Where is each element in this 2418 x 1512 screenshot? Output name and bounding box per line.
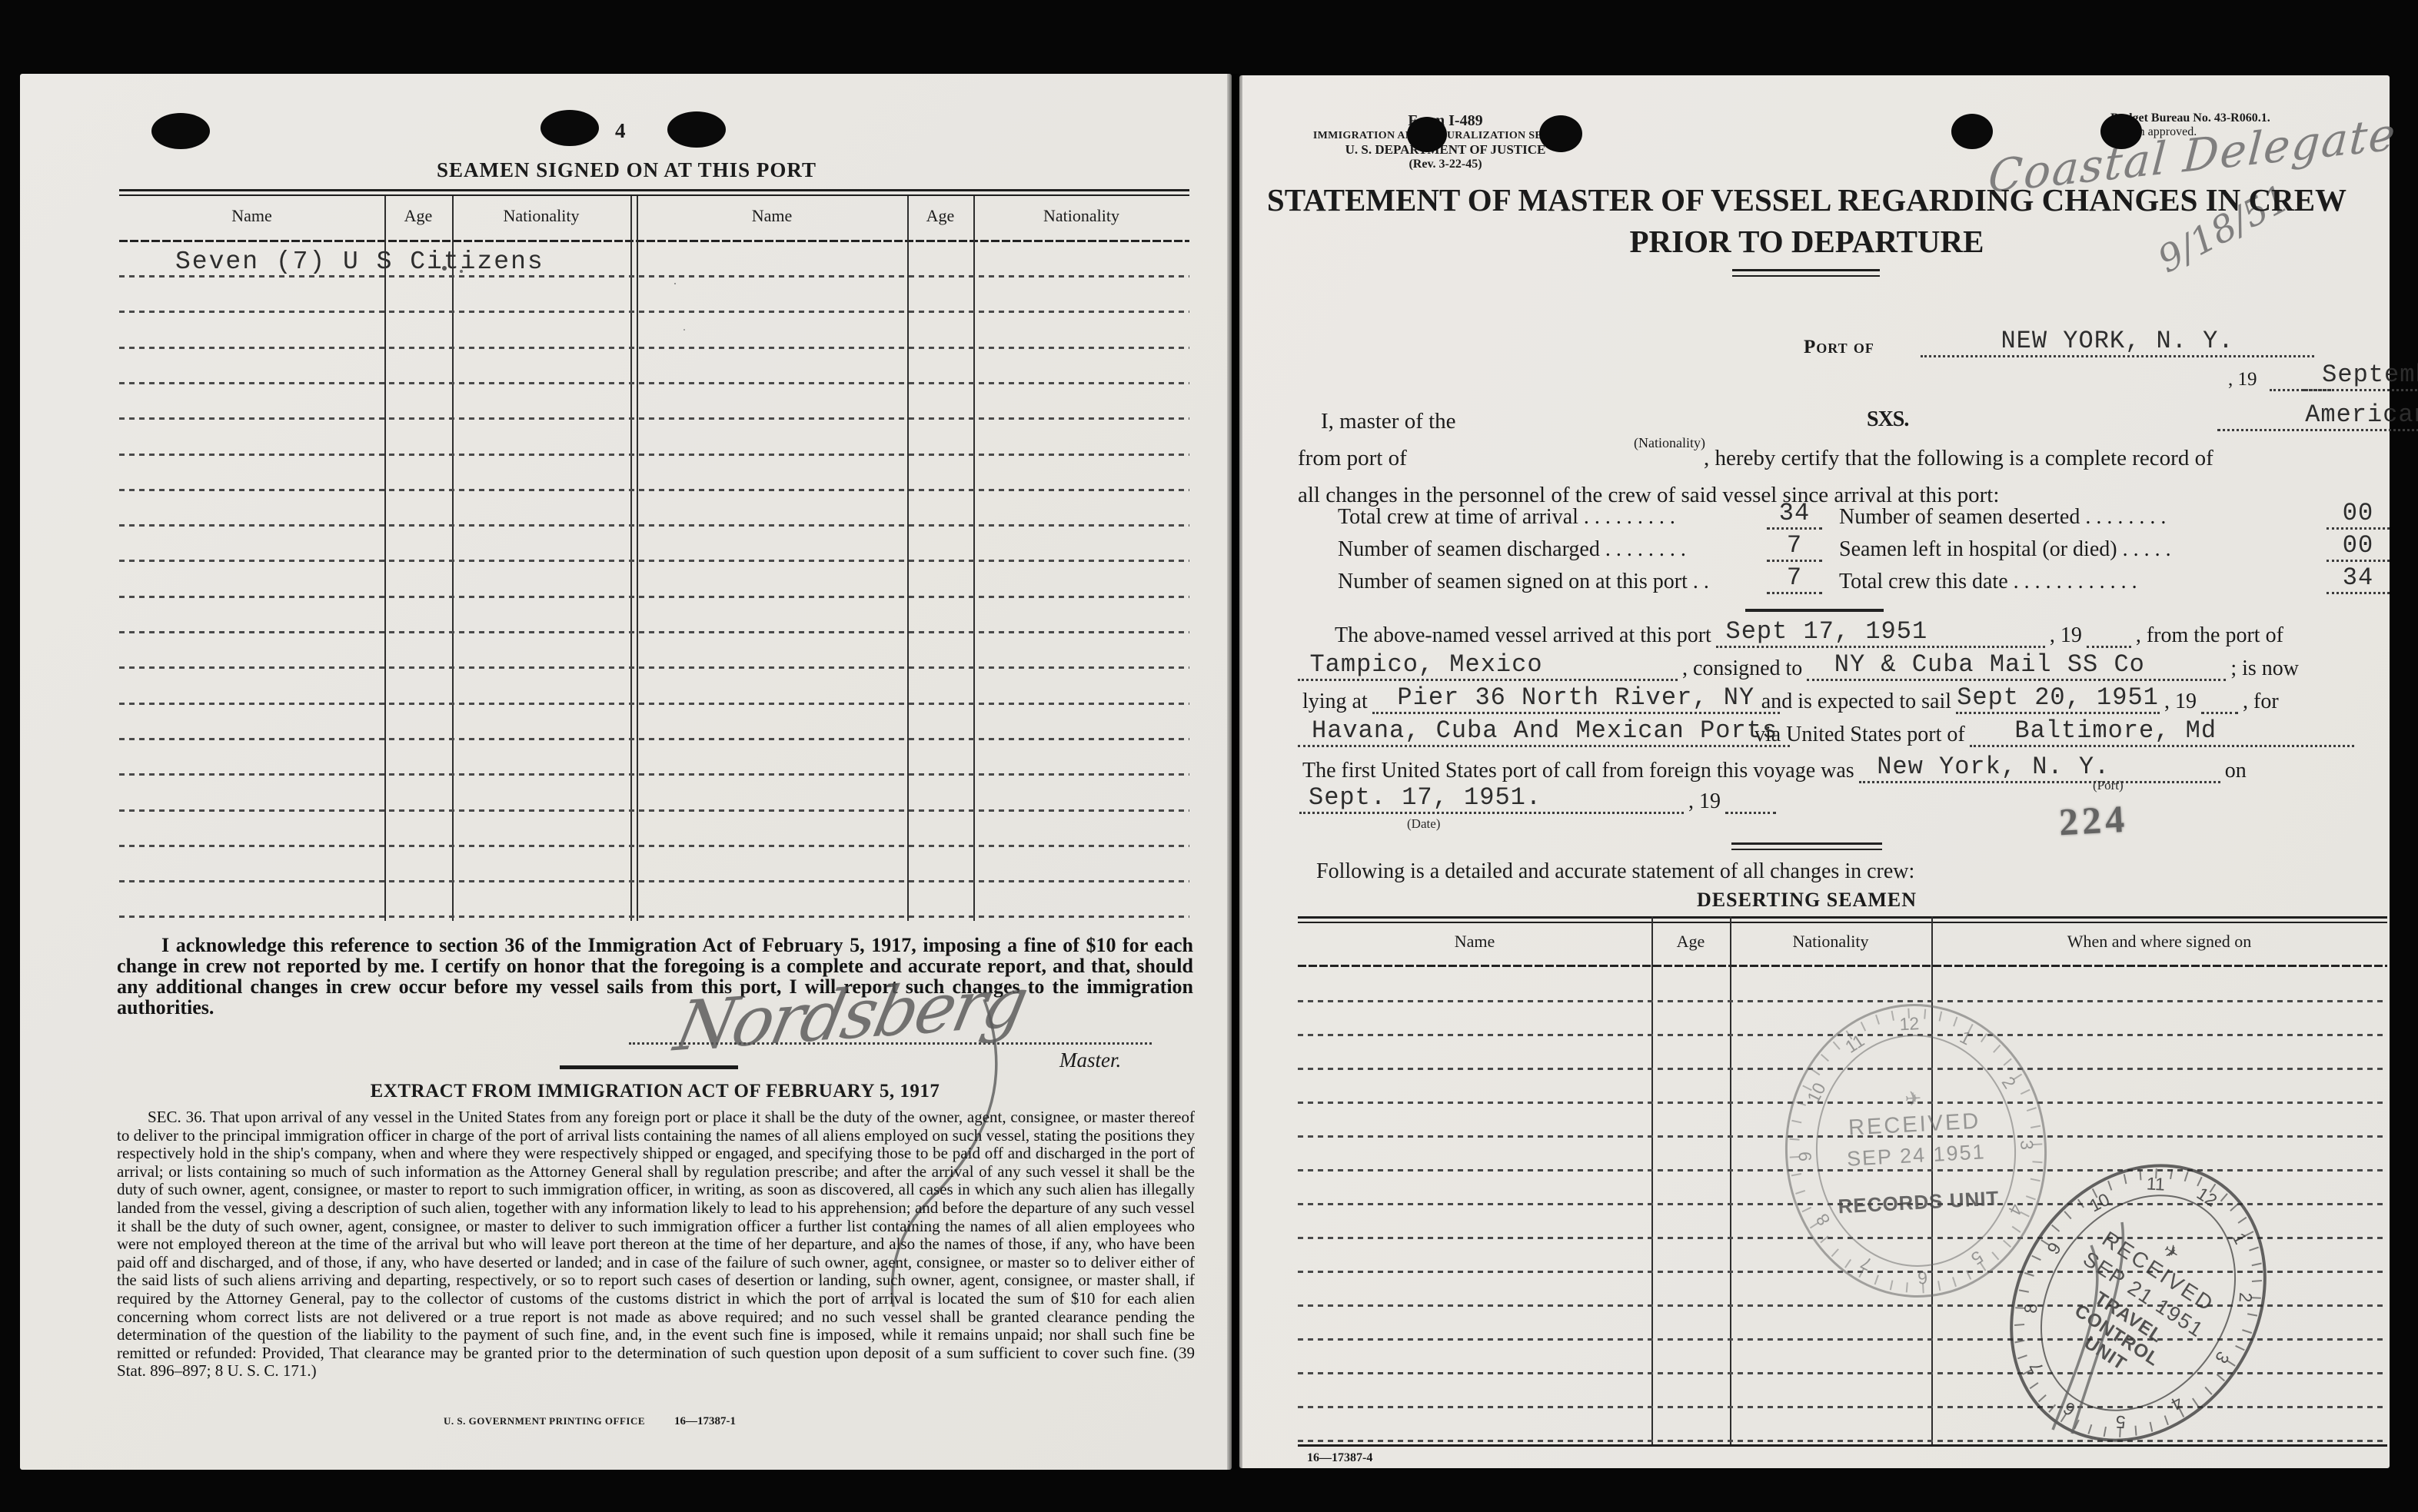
stamp-center-text: ✈ RECEIVED SEP 24 1951 RECORDS UNIT xyxy=(1811,1032,2020,1271)
table-row-line xyxy=(119,703,1189,705)
punch-hole xyxy=(1951,114,1993,149)
gpo-printer: U. S. GOVERNMENT PRINTING OFFICE xyxy=(444,1415,645,1427)
table-row-line xyxy=(1298,1406,2387,1408)
stamp-date-text: SEP 24 1951 xyxy=(1846,1140,1986,1171)
punch-hole xyxy=(2100,114,2142,149)
punch-hole xyxy=(1407,117,1447,152)
table-row-line xyxy=(119,809,1189,812)
punch-hole xyxy=(667,111,726,148)
stamp-unit-text: RECORDS UNIT xyxy=(1838,1186,2000,1218)
table-row-line xyxy=(119,489,1189,491)
extract-heading: EXTRACT FROM IMMIGRATION ACT OF FEBRUARY… xyxy=(117,1081,1193,1102)
master-title: Master. xyxy=(1059,1048,1121,1072)
page-seam xyxy=(1227,74,1242,1470)
table-row-line xyxy=(119,845,1189,847)
table-row-line xyxy=(119,916,1189,918)
table-row-line xyxy=(119,347,1189,349)
gpo-code: 16—17387-1 xyxy=(674,1415,736,1427)
table-row-line xyxy=(119,417,1189,420)
table-row-line xyxy=(119,454,1189,456)
stamp-clock-numeral: 12 xyxy=(1899,1013,1920,1035)
right-table-bottom-rule xyxy=(1298,1444,2387,1447)
stamp-tick xyxy=(1924,1009,1926,1019)
signed-on-entry: Seven (7) U S Citizens xyxy=(175,248,544,276)
stamp-clock-numeral: 11 xyxy=(2146,1173,2165,1195)
right-footer-code: 16—17387-4 xyxy=(1307,1451,1372,1465)
stamp-clock-numeral: 2 xyxy=(2234,1291,2256,1302)
section-rule xyxy=(560,1065,738,1069)
stamp-clock-numeral: 8 xyxy=(2021,1303,2042,1314)
stamp-tick xyxy=(2134,1426,2137,1436)
table-row-line xyxy=(1298,1440,2387,1442)
acknowledgment-paragraph: I acknowledge this reference to section … xyxy=(117,935,1193,1018)
stamp-clock-numeral: 9 xyxy=(1794,1151,1816,1161)
table-row-line xyxy=(119,666,1189,669)
gpo-footer: U. S. GOVERNMENT PRINTING OFFICE 16—1738… xyxy=(117,1414,1063,1428)
table-row-line xyxy=(119,524,1189,527)
table-row-line xyxy=(119,382,1189,384)
stamp-clock-numeral: 3 xyxy=(2016,1139,2037,1150)
table-row-line xyxy=(119,596,1189,598)
table-row-line xyxy=(119,560,1189,562)
stamp-clock-numeral: 5 xyxy=(2115,1411,2126,1433)
scanned-document: 4 SEAMEN SIGNED ON AT THIS PORT Name Age… xyxy=(0,0,2418,1512)
punch-hole xyxy=(151,113,210,149)
stamp-tick xyxy=(1790,1138,1800,1140)
punch-hole xyxy=(540,110,599,146)
table-row-line xyxy=(119,773,1189,776)
extract-body: SEC. 36. That upon arrival of any vessel… xyxy=(117,1108,1195,1381)
table-row-line xyxy=(119,631,1189,633)
airplane-icon: ✈ xyxy=(1904,1087,1922,1112)
table-row-line xyxy=(119,880,1189,882)
scan-specks xyxy=(442,266,447,271)
punch-hole xyxy=(1539,115,1582,152)
table-row-line xyxy=(119,738,1189,740)
stamp-clock-numeral: 6 xyxy=(1917,1267,1928,1288)
stamp-received-text: RECEIVED xyxy=(1848,1109,1981,1141)
table-row-line xyxy=(1298,1000,2387,1002)
table-row-line xyxy=(119,311,1189,313)
